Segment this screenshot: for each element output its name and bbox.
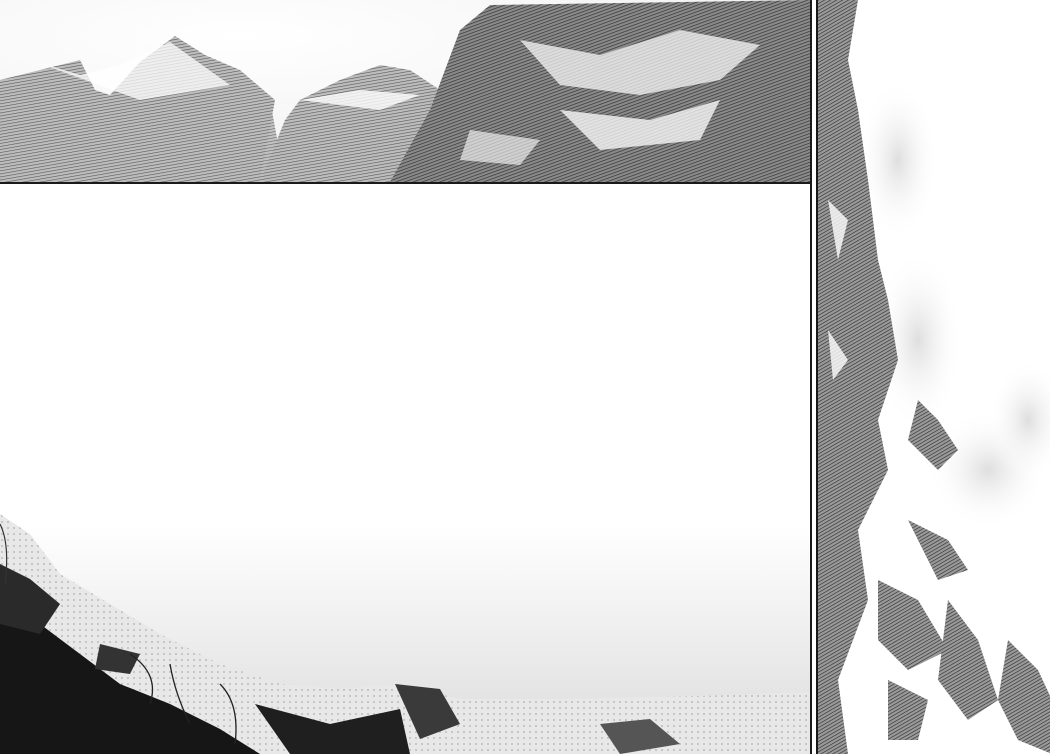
panel-mountain-slope bbox=[816, 0, 1050, 754]
panel-mountain-ridge bbox=[0, 0, 812, 184]
mountain-slope-artwork bbox=[818, 0, 1050, 754]
panel-valley-sky bbox=[0, 184, 812, 754]
mountain-ridge-artwork bbox=[0, 0, 810, 182]
valley-artwork bbox=[0, 184, 810, 754]
